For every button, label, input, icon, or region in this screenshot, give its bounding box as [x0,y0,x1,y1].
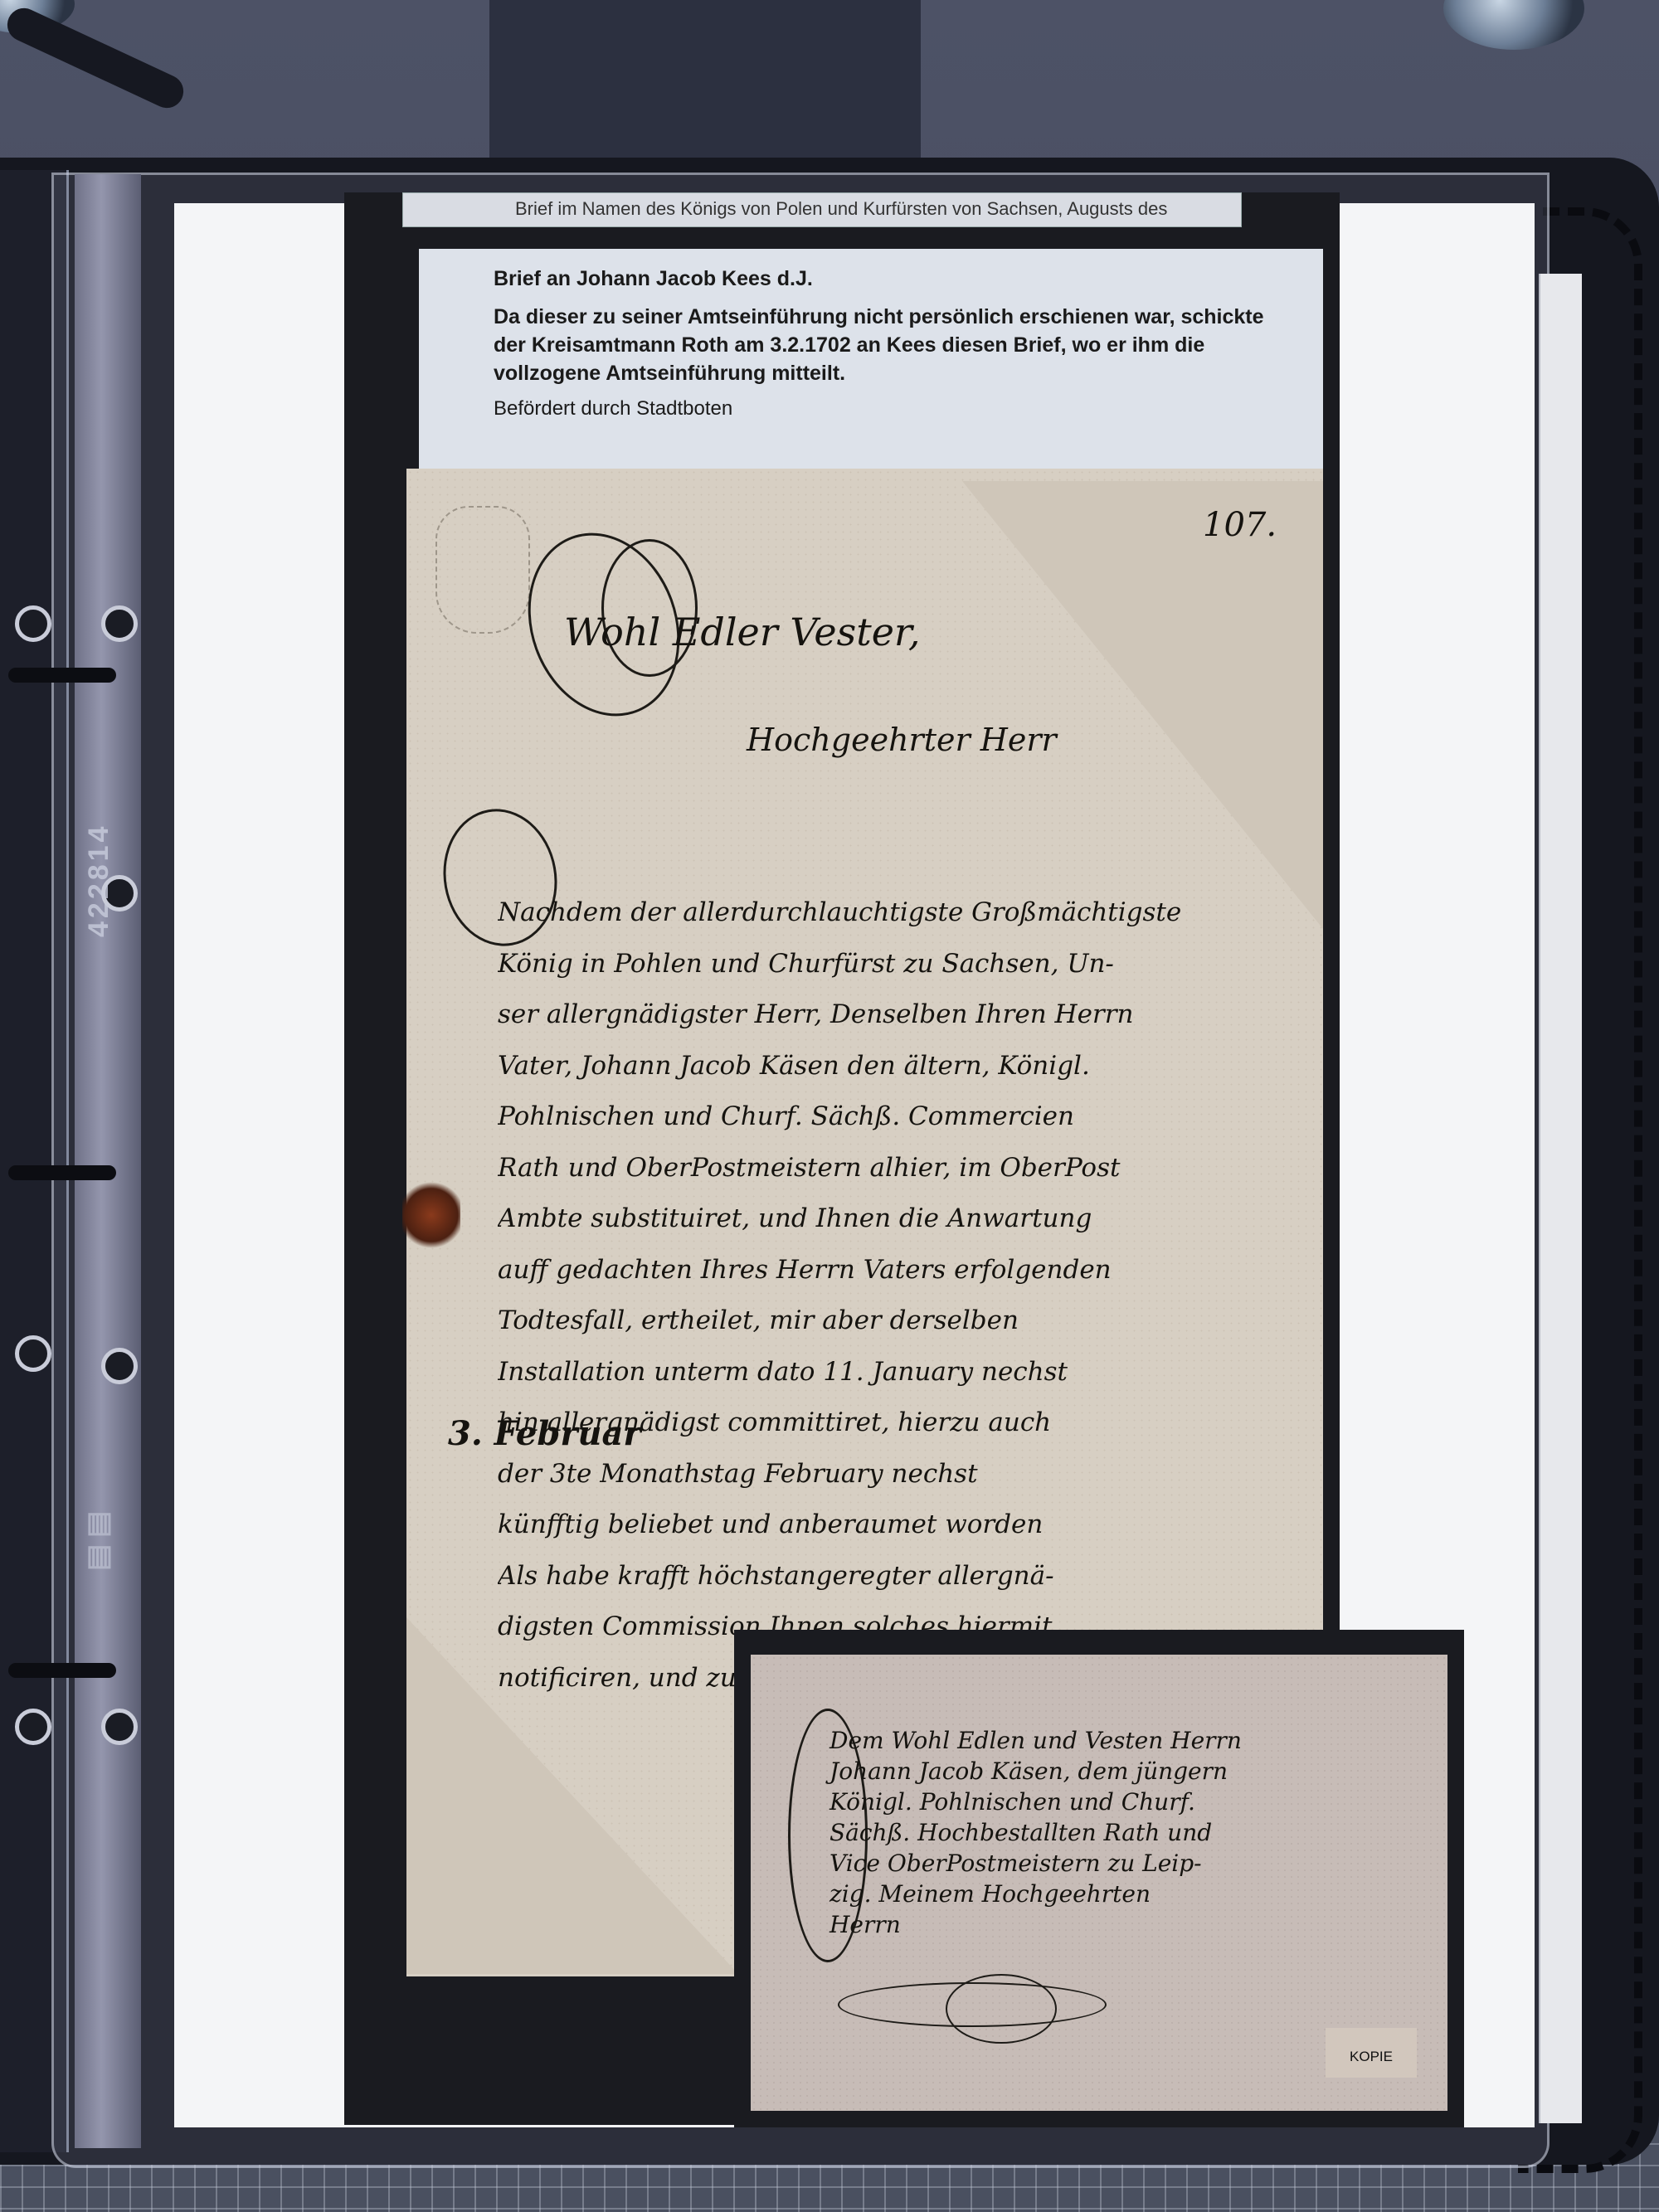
letter-line: Als habe krafft höchstangeregter allergn… [498,1551,1319,1602]
punch-hole [15,1709,51,1745]
description-box: Brief an Johann Jacob Kees d.J. Da diese… [419,249,1323,473]
letter-line: Ambte substituiret, und Ihnen die Anwart… [498,1194,1319,1245]
address-line: Herrn [829,1909,1427,1940]
letter-line: der 3te Monathstag February nechst [498,1449,1319,1500]
letter-line: künfftig beliebet und anberaumet worden [498,1500,1319,1551]
letter-line: Rath und OberPostmeistern alhier, im Obe… [498,1143,1319,1194]
back-label-text: Brief im Namen des Königs von Polen und … [403,193,1241,220]
letter-line: Pohlnischen und Churf. Sächß. Commercien [498,1091,1319,1143]
description-footer: Befördert durch Stadtboten [494,397,1323,421]
letter-line: Installation unterm dato 11. January nec… [498,1347,1319,1398]
letter-line: auff gedachten Ihres Herrn Vaters erfolg… [498,1245,1319,1296]
binder-ring [8,1165,116,1180]
letter-line: ser allergnädigster Herr, Denselben Ihre… [498,989,1319,1041]
margin-note: 3. Februar [448,1414,640,1453]
punch-hole [101,1709,138,1745]
address-line: Sächß. Hochbestallten Rath und [829,1817,1427,1848]
punch-hole [15,1335,51,1372]
album-page-edge [1539,274,1582,2123]
letter-line: Nachdem der allerdurchlauchtigste Großmä… [498,887,1319,939]
kopie-label: KOPIE [1326,2028,1417,2078]
coat-of-arms-icon [435,506,530,634]
wax-seal-remnant [402,1182,460,1248]
letter-line: König in Pohlen und Churfürst zu Sachsen… [498,939,1319,990]
dark-panel [489,0,921,182]
sleeve-embossed-logo: ▥▥ [83,1443,133,1576]
cover-address: Dem Wohl Edlen und Vesten Herrn Johann J… [829,1725,1427,1940]
binder-ring [8,668,116,683]
address-line: zig. Meinem Hochgeehrten [829,1879,1427,1909]
address-line: Johann Jacob Käsen, dem jüngern [829,1756,1427,1787]
sleeve-punch-strip [75,174,141,2148]
punch-hole [15,605,51,642]
salutation-line-2: Hochgeehrter Herr [747,722,1057,758]
address-line: Dem Wohl Edlen und Vesten Herrn [829,1725,1427,1756]
description-title: Brief an Johann Jacob Kees d.J. [494,267,1323,291]
initial-flourish-icon [601,539,698,677]
punch-hole [101,605,138,642]
letter-line: Vater, Johann Jacob Käsen den ältern, Kö… [498,1041,1319,1092]
folio-number: 107. [1203,506,1277,544]
letter-line: Todtesfall, ertheilet, mir aber derselbe… [498,1296,1319,1347]
address-line: Königl. Pohlnischen und Churf. [829,1787,1427,1817]
letter-body: Nachdem der allerdurchlauchtigste Großmä… [498,887,1319,1704]
address-line: Vice OberPostmeistern zu Leip- [829,1848,1427,1879]
sleeve-embossed-number: 422814 [83,771,133,937]
description-body: Da dieser zu seiner Amtseinführung nicht… [494,303,1273,387]
back-label-strip: Brief im Namen des Königs von Polen und … [402,192,1242,227]
punch-hole [101,1348,138,1384]
salutation-line-1: Wohl Edler Vester, [564,610,920,654]
closing-flourish-icon [946,1974,1057,2044]
binder-ring [8,1663,116,1678]
